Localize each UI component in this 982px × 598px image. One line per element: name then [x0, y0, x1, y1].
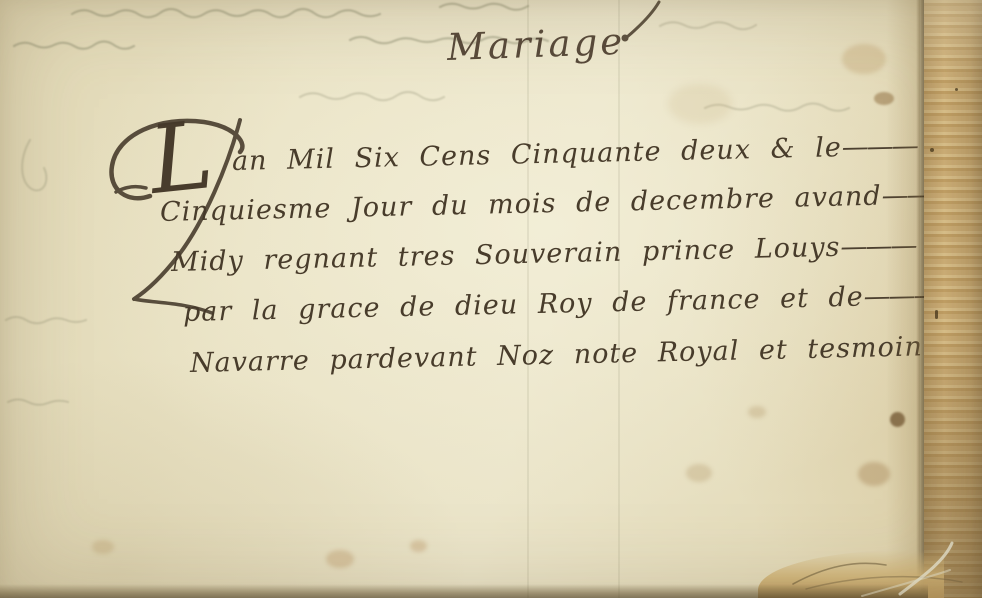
manuscript-photo: Mariage L an Mil Six Cens Cinquante deux…: [0, 0, 982, 598]
corner-creases: [0, 0, 982, 598]
